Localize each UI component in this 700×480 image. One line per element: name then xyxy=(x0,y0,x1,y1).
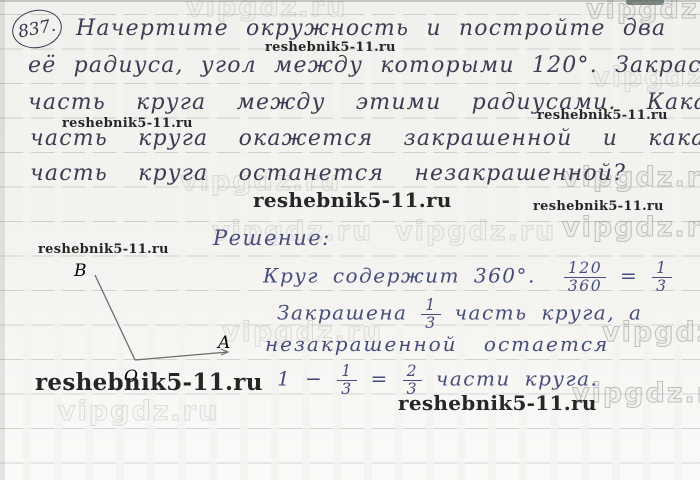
solution-heading: Решение: xyxy=(213,226,331,250)
solution-line-4-post: части круга. xyxy=(436,366,599,390)
reshebnik-watermark: reshebnik5-11.ru xyxy=(265,40,396,55)
reshebnik-watermark: reshebnik5-11.ru xyxy=(533,199,664,214)
problem-number: 837. xyxy=(9,6,65,53)
reshebnik-watermark: reshebnik5-11.ru xyxy=(38,242,169,257)
diagram-ray-oa xyxy=(135,352,228,360)
fraction-numerator: 2 xyxy=(403,363,422,381)
fraction-1-3: 13 xyxy=(337,363,356,398)
fraction-numerator: 1 xyxy=(652,260,671,278)
fraction-numerator: 120 xyxy=(564,260,606,278)
solution-line-4-pre: 1 − xyxy=(277,366,323,390)
fraction-numerator: 1 xyxy=(421,297,440,315)
scan-edge-left xyxy=(0,0,5,480)
reshebnik-watermark: reshebnik5-11.ru xyxy=(62,116,193,131)
fraction-denominator: 3 xyxy=(421,315,440,332)
fraction-denominator: 3 xyxy=(337,381,356,398)
problem-line-5: часть круга останется незакрашенной? xyxy=(30,161,626,186)
fraction-denominator: 360 xyxy=(564,278,606,295)
reshebnik-watermark: reshebnik5-11.ru xyxy=(537,108,668,123)
equals-sign: = xyxy=(620,263,638,287)
reshebnik-watermark: reshebnik5-11.ru xyxy=(35,369,263,396)
scan-corner-smudge xyxy=(626,0,664,5)
solution-line-1: Круг содержит 360°.120360 = 13 xyxy=(263,260,672,295)
scan-edge-top xyxy=(0,0,700,2)
vipgdz-watermark: vipgdz.ru xyxy=(58,396,219,427)
solution-line-2: Закрашена 13 часть круга, а xyxy=(277,297,642,332)
solution-line-3: незакрашенной остается xyxy=(265,332,609,356)
solution-line-2-pre: Закрашена xyxy=(277,300,407,324)
problem-number-circle: 837. xyxy=(12,10,62,48)
fraction-1-3: 13 xyxy=(652,260,671,295)
problem-line-1: Начертите окружность и постройте два xyxy=(76,16,666,41)
fraction-denominator: 3 xyxy=(652,278,671,295)
equals-sign: = xyxy=(370,366,388,390)
diagram-label-b: B xyxy=(73,261,87,281)
problem-line-2: её радиуса, угол между которыми 120°. За… xyxy=(28,53,700,78)
diagram-label-a: A xyxy=(216,333,230,353)
vipgdz-watermark: vipgdz.ru xyxy=(562,212,700,243)
solution-line-1-text: Круг содержит 360°. xyxy=(263,263,536,287)
vipgdz-watermark: vipgdz.ru xyxy=(395,216,556,247)
diagram-ray-ob xyxy=(95,275,135,360)
reshebnik-watermark: reshebnik5-11.ru xyxy=(398,391,597,415)
scanned-notebook-page: vipgdz.ru vipgdz.ru vipgdz.ru vipgdz.ru … xyxy=(0,0,700,480)
fraction-1-3: 13 xyxy=(421,297,440,332)
reshebnik-watermark: reshebnik5-11.ru xyxy=(253,188,452,212)
fraction-120-360: 120360 xyxy=(564,260,606,295)
fraction-numerator: 1 xyxy=(337,363,356,381)
solution-line-2-post: часть круга, а xyxy=(455,300,643,324)
